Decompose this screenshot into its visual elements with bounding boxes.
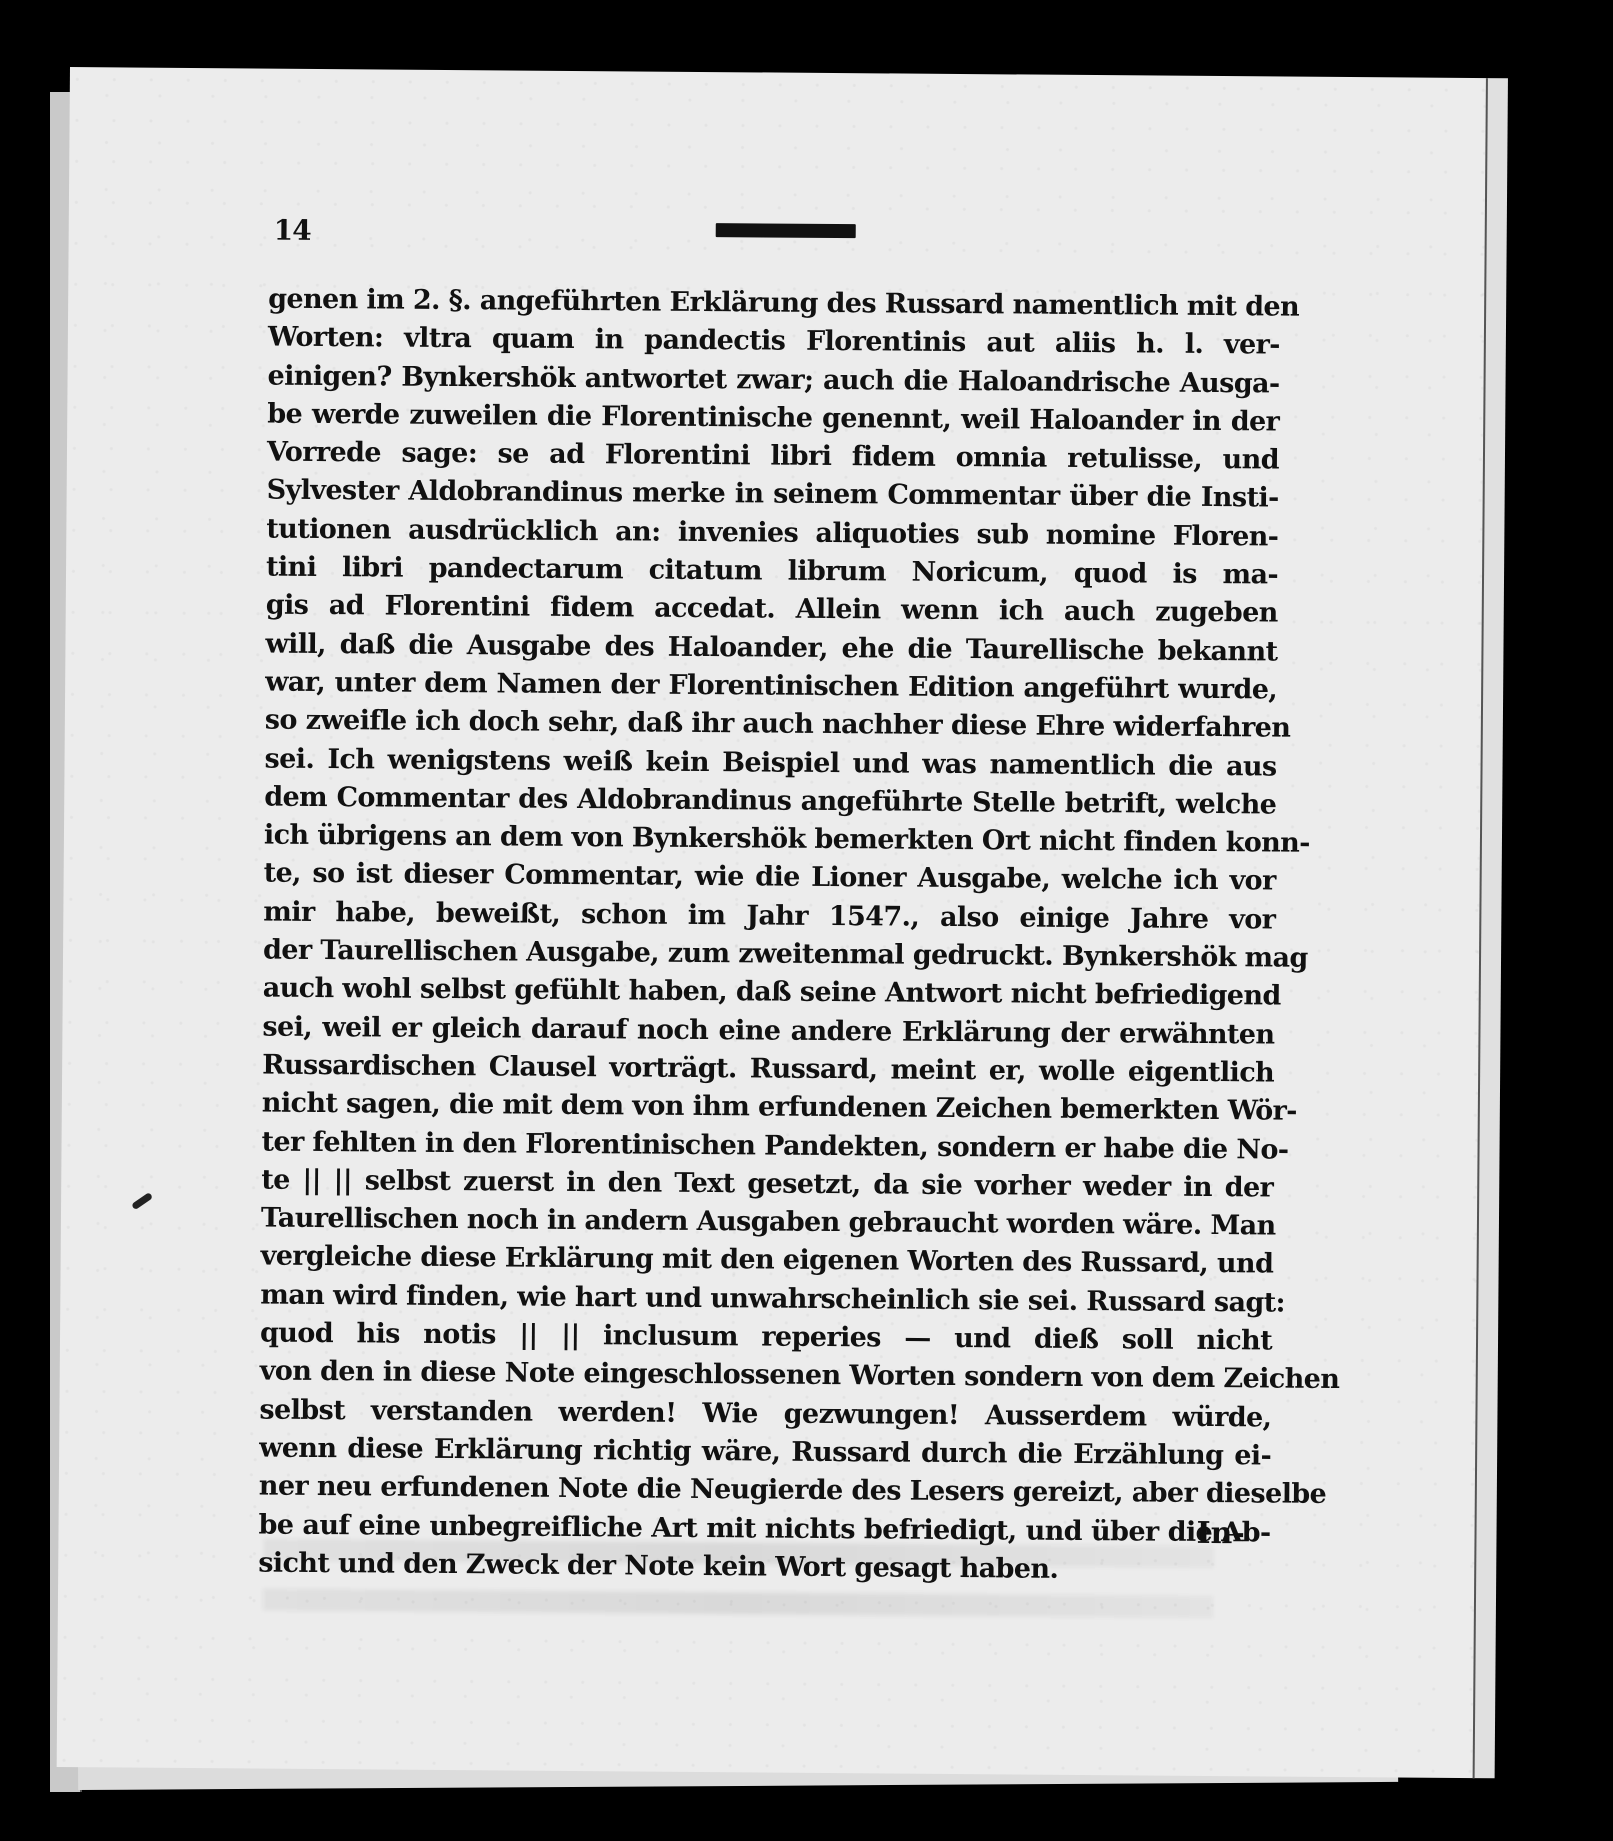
running-head: 14: [274, 214, 1294, 262]
body-text: genen im 2. §. angeführten Erklärung des…: [258, 281, 1280, 1591]
book-page: 14 genen im 2. §. angeführten Erklärung …: [57, 67, 1488, 1778]
catchword: In-: [1196, 1516, 1245, 1551]
bleed-through-text: [263, 1589, 1213, 1618]
page-number: 14: [274, 214, 311, 247]
page-edge-right: [1473, 78, 1508, 1778]
ink-speck: [131, 1192, 153, 1210]
head-rule-ornament: [716, 223, 856, 238]
